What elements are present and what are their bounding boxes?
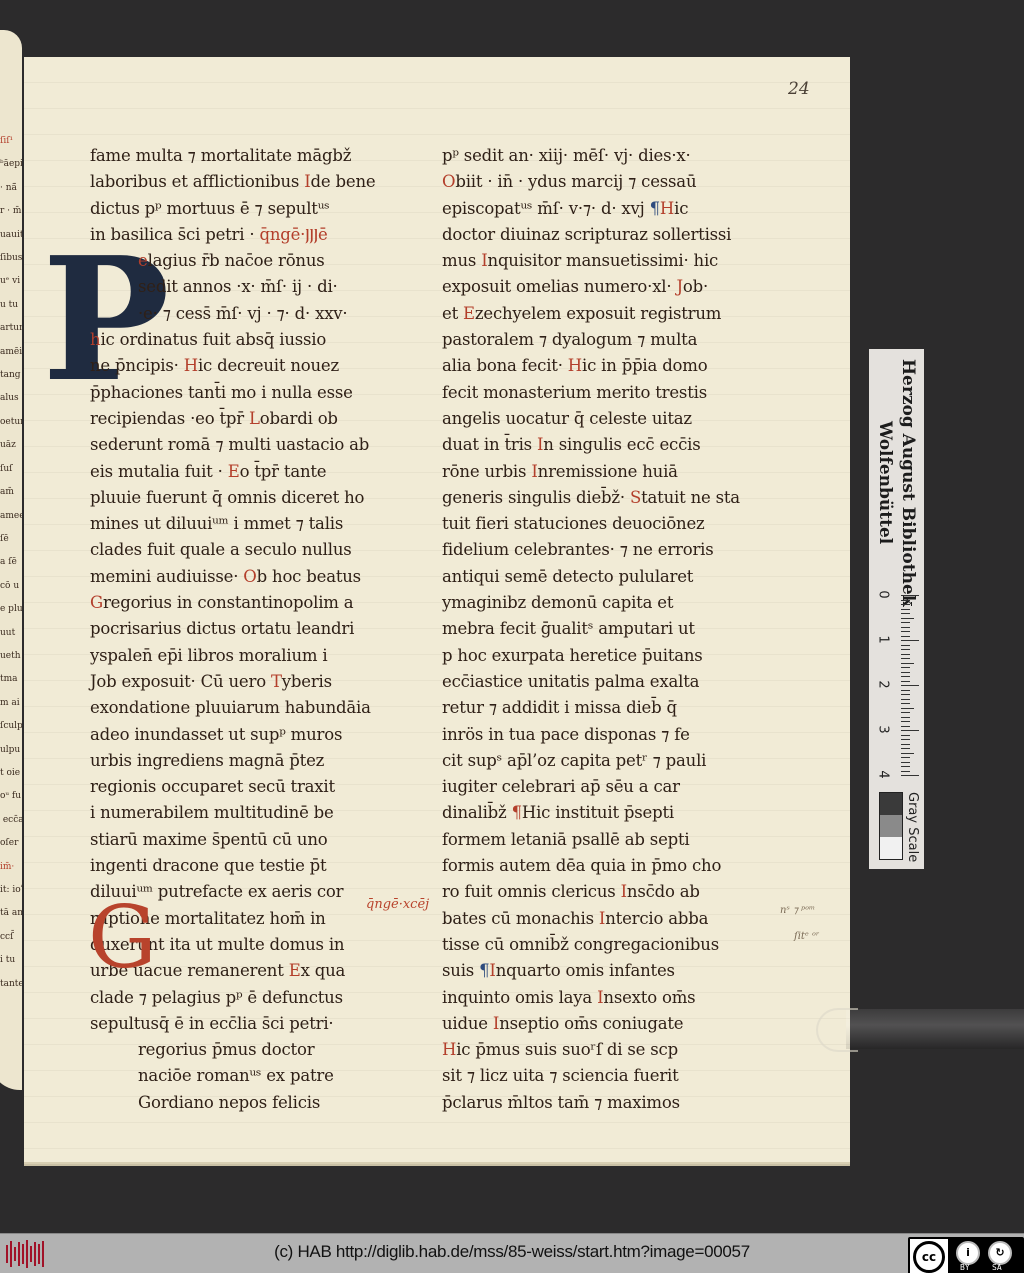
ruler-tick	[901, 658, 910, 659]
ruler-tick	[901, 618, 914, 619]
left-page-fragment: tang	[0, 364, 22, 387]
cc-icon: cc	[913, 1241, 945, 1273]
ruler-tick	[901, 690, 910, 691]
left-page-fragment: e plu	[0, 598, 22, 621]
ruler-tick	[901, 717, 910, 718]
manuscript-line: naciōe romanᵘˢ ex patre	[90, 1063, 390, 1089]
manuscript-line: uidue Inseptio om̄s coniugate	[442, 1011, 742, 1037]
manuscript-line: ecc̄iastice unitatis palma exalta	[442, 669, 742, 695]
manuscript-line: regionis occuparet secū traxit	[90, 774, 390, 800]
ruler-tick	[901, 604, 910, 605]
ruler-tick	[901, 703, 910, 704]
rubric-side-note: q̄ngē·xcēj	[366, 897, 429, 912]
manuscript-line: pluuie fuerunt q̄ omnis diceret ho	[90, 485, 390, 511]
ruler-tick	[901, 699, 910, 700]
manuscript-line: rōne urbis Inremissione huiā	[442, 459, 742, 485]
manuscript-line: mines ut diluuiᵘᵐ i mmet ⁊ talis	[90, 511, 390, 537]
manuscript-line: ·e· ⁊ cess̄ m̄ſ· vj · ⁊· d· xxv·	[90, 301, 390, 327]
ruler-title-library: Herzog August Bibliothek	[898, 359, 918, 607]
cc-by-sa-icon[interactable]: cc i ↻ BY SA	[908, 1237, 1024, 1273]
gray-scale-swatches	[879, 792, 903, 860]
left-page-fragment: oetur	[0, 411, 22, 434]
manuscript-line: alia bona fecit· Hic in p̄p̄ia domo	[442, 353, 742, 379]
ruler-tick	[901, 613, 910, 614]
gray-swatch	[880, 793, 902, 815]
manuscript-line: ingenti dracone que testie p̄t	[90, 853, 390, 879]
left-page-fragment: uᵉ vi	[0, 270, 22, 293]
manuscript-line: fidelium celebrantes· ⁊ ne erroris	[442, 537, 742, 563]
left-page-fragment: it: ioʹ	[0, 879, 22, 902]
manuscript-line: sit ⁊ licz uita ⁊ sciencia fuerit	[442, 1063, 742, 1089]
folio-number: 24	[788, 79, 810, 99]
manuscript-line: inrös in tua pace disponas ⁊ fe	[442, 722, 742, 748]
ruler-ticks: 01234	[901, 595, 919, 780]
manuscript-line: recipiendas ·eo t̄pr̄ Lobardi ob	[90, 406, 390, 432]
gray-swatch	[880, 837, 902, 859]
manuscript-line: cit supˢ ap̄l’oz capita petʳ ⁊ pauli	[442, 748, 742, 774]
left-page-fragment: ccſ̄	[0, 926, 22, 949]
ruler-tick	[901, 685, 919, 686]
ruler-tick	[901, 748, 910, 749]
left-page-fragment: cō u	[0, 575, 22, 598]
left-page-fragment: uāz	[0, 434, 22, 457]
manuscript-line: i numerabilem multitudinē be	[90, 800, 390, 826]
left-page-fragment: uauit	[0, 224, 22, 247]
margin-note-2: ſitᵉ ᵒʳ	[794, 931, 819, 942]
manuscript-line: exondatione pluuiarum habundāia	[90, 695, 390, 721]
ruler-tick	[901, 753, 914, 754]
ruler-tick	[901, 735, 910, 736]
manuscript-line: memini audiuisse· Ob hoc beatus	[90, 564, 390, 590]
manuscript-line: inquinto omis laya Insexto om̄s	[442, 985, 742, 1011]
ruler-tick	[901, 631, 910, 632]
left-page-fragment: tma	[0, 668, 22, 691]
left-page-fragment: ſculpt	[0, 715, 22, 738]
ruler-tick	[901, 681, 910, 682]
ruler-tick	[901, 676, 910, 677]
left-page-fragment: alus	[0, 387, 22, 410]
gray-swatch	[880, 815, 902, 837]
ruler-tick	[901, 730, 919, 731]
ruler-tick	[901, 775, 919, 776]
ruler-tick	[901, 771, 910, 772]
left-page-fragment: u tu	[0, 294, 22, 317]
manuscript-line: fecit monasterium merito trestis	[442, 380, 742, 406]
manuscript-line: Gordiano nepos felicis	[90, 1090, 390, 1116]
ruler-tick	[901, 636, 910, 637]
manuscript-line: sederunt romā ⁊ multi uastacio ab	[90, 432, 390, 458]
manuscript-line: clades fuit quale a seculo nullus	[90, 537, 390, 563]
ruler-tick	[901, 726, 910, 727]
ruler-tick	[901, 622, 910, 623]
ruler-tick	[901, 667, 910, 668]
ruler-tick	[901, 600, 910, 601]
manuscript-line: retur ⁊ addidit i missa dieb̄ q̄	[442, 695, 742, 721]
manuscript-line: formis autem dēa quia in p̄mo cho	[442, 853, 742, 879]
manuscript-line: dinalib̄ž ¶Hic instituit p̄septi	[442, 800, 742, 826]
left-page-fragment: amēi	[0, 341, 22, 364]
manuscript-line: yspalen̄ ep̄i libros moralium i	[90, 643, 390, 669]
left-page-fragment: r · m̄	[0, 200, 22, 223]
manuscript-line: Job exposuit· Cū uero Tyberis	[90, 669, 390, 695]
left-page-edge: ſiſ¹ᵇāepi· nā̄r · m̄uauitſibusuᵉ viu tua…	[0, 30, 22, 1090]
manuscript-line: laboribus et afflictionibus Ide bene	[90, 169, 390, 195]
left-page-fragment: ſibus	[0, 247, 22, 270]
ruler-tick	[901, 663, 914, 664]
manuscript-line: Obiit · in̄ · ydus marcij ⁊ cessaū	[442, 169, 742, 195]
manuscript-line: mebra fecit ḡualitˢ amputari ut	[442, 616, 742, 642]
left-page-fragment: amee	[0, 505, 22, 528]
manuscript-line: regorius p̄mus doctor	[90, 1037, 390, 1063]
by-label: BY	[960, 1263, 970, 1272]
manuscript-line: pastoralem ⁊ dyalogum ⁊ multa	[442, 327, 742, 353]
ruler-label: 1	[876, 634, 891, 646]
ruler-tick	[901, 757, 910, 758]
ruler-tick	[901, 712, 910, 713]
ruler-tick	[901, 672, 910, 673]
manuscript-page: 24 P fame multa ⁊ mortalitate māgbžlabor…	[24, 57, 850, 1162]
left-page-fragment: artum	[0, 317, 22, 340]
manuscript-line: p̄clarus m̄ltos tam̄ ⁊ maximos	[442, 1090, 742, 1116]
left-page-fragment: uut	[0, 622, 22, 645]
ruler-tick	[901, 744, 910, 745]
manuscript-line: p hoc exurpata heretice p̄uitans	[442, 643, 742, 669]
manuscript-line: sedit annos ·x· m̄ſ· ij · di·	[90, 274, 390, 300]
manuscript-line: adeo inundasset ut supᵖ muros	[90, 722, 390, 748]
ruler-tick	[901, 609, 910, 610]
manuscript-line: urbis ingrediens magnā p̄tez	[90, 748, 390, 774]
left-page-fragment: im̄·	[0, 856, 22, 879]
left-page-fragment: · nā̄	[0, 177, 22, 200]
left-page-fragment: ulpu	[0, 739, 22, 762]
manuscript-line: tuit fieri statuciones deuociōnez	[442, 511, 742, 537]
manuscript-line: tisse cū omnib̄ž congregacionibus	[442, 932, 742, 958]
manuscript-line: p̄phaciones tant̄i mo i nulla esse	[90, 380, 390, 406]
left-page-fragment: a ſē	[0, 551, 22, 574]
manuscript-line: elagius r̄b nac̄oe rōnus	[90, 248, 390, 274]
left-page-fragment: ueth	[0, 645, 22, 668]
left-page-fragment: i tu	[0, 949, 22, 972]
manuscript-line: mus Inquisitor mansuetissimi· hic	[442, 248, 742, 274]
manuscript-line: ne p̄ncipis· Hic decreuit nouez	[90, 353, 390, 379]
ruler-tick	[901, 649, 910, 650]
ruler-tick	[901, 694, 910, 695]
left-page-fragment: m ai	[0, 692, 22, 715]
ruler-tick	[901, 708, 914, 709]
manuscript-line: duat in t̄ris In singulis ecc̄ ecc̄is	[442, 432, 742, 458]
ruler-label: 0	[876, 589, 891, 601]
manuscript-line: pᵖ sedit an· xiij· mēſ· vj· dies·x·	[442, 143, 742, 169]
manuscript-line: stiarū maxime s̄pentū cū uno	[90, 827, 390, 853]
text-column-b: pᵖ sedit an· xiij· mēſ· vj· dies·x·Obiit…	[442, 143, 742, 1116]
credit-url-text[interactable]: (c) HAB http://diglib.hab.de/mss/85-weis…	[0, 1242, 1024, 1262]
manuscript-line: Hic p̄mus suis suoʳſ di se scp	[442, 1037, 742, 1063]
ruler-tick	[901, 654, 910, 655]
manuscript-line: fame multa ⁊ mortalitate māgbž	[90, 143, 390, 169]
manuscript-line: antiqui semē detecto pulularet	[442, 564, 742, 590]
left-page-fragment: oᵘ fu	[0, 785, 22, 808]
left-page-fragment: ̄ ecc̄a	[0, 809, 22, 832]
left-page-fragment: am̄	[0, 481, 22, 504]
ruler-tick	[901, 595, 919, 596]
manuscript-line: generis singulis dieb̄ž· Statuit ne sta	[442, 485, 742, 511]
margin-note-1: nˢ ⁊ ᵖᵒᵐ	[780, 905, 815, 916]
ruler-tick	[901, 766, 910, 767]
manuscript-line: iugiter celebrari ap̄ sēu a car	[442, 774, 742, 800]
ruler-label: 2	[876, 679, 891, 691]
left-page-fragment: oſer	[0, 832, 22, 855]
left-page-fragment: tā ani	[0, 902, 22, 925]
ruler-title-city: Wolfenbüttel	[875, 421, 895, 544]
manuscript-line: clade ⁊ pelagius pᵖ ē defunctus	[90, 985, 390, 1011]
ruler-tick	[901, 645, 910, 646]
manuscript-line: episcopatᵘˢ m̄ſ· v·⁊· d· xvj ¶Hic	[442, 196, 742, 222]
left-page-fragment: ſiſ¹	[0, 130, 22, 153]
share-alike-icon: ↻	[988, 1241, 1012, 1265]
manuscript-line: dictus pᵖ mortuus ē ⁊ sepultᵘˢ	[90, 196, 390, 222]
manuscript-line: in basilica s̄ci petri · q̄ngē·ⰬⰬⰬē	[90, 222, 390, 248]
manuscript-line: pocrisarius dictus ortatu leandri	[90, 616, 390, 642]
manuscript-line: ro fuit omnis clericus Insc̄do ab	[442, 879, 742, 905]
left-page-fragment: ſē	[0, 528, 22, 551]
color-scale-ruler: Herzog August Bibliothek Wolfenbüttel 01…	[869, 349, 924, 869]
decorated-initial-g: G	[88, 895, 157, 981]
ruler-label: 4	[876, 769, 891, 781]
left-page-fragment: ſuſ	[0, 458, 22, 481]
manuscript-line: et Ezechyelem exposuit registrum	[442, 301, 742, 327]
manuscript-line: eis mutalia fuit · Eo t̄pr̄ tante	[90, 459, 390, 485]
manuscript-line: doctor diuinaz scripturaz sollertissi	[442, 222, 742, 248]
manuscript-line: Gregorius in constantinopolim a	[90, 590, 390, 616]
left-page-fragment: tante	[0, 973, 22, 996]
left-page-text-fragments: ſiſ¹ᵇāepi· nā̄r · m̄uauitſibusuᵉ viu tua…	[0, 130, 22, 996]
manuscript-line: suis ¶Inquarto omis infantes	[442, 958, 742, 984]
left-page-fragment: ᵇāepi	[0, 153, 22, 176]
manuscript-line: hic ordinatus fuit absq̄ iussio	[90, 327, 390, 353]
manuscript-line: exposuit omelias numero·xl· Job·	[442, 274, 742, 300]
ruler-label: 3	[876, 724, 891, 736]
page-clip	[816, 1004, 1024, 1050]
manuscript-line: angelis uocatur q̄ celeste uitaz	[442, 406, 742, 432]
viewer-footer: (c) HAB http://diglib.hab.de/mss/85-weis…	[0, 1233, 1024, 1273]
ruler-tick	[901, 762, 910, 763]
ruler-tick	[901, 739, 910, 740]
attribution-icon: i	[956, 1241, 980, 1265]
manuscript-line: ymaginibz demonū capita et	[442, 590, 742, 616]
ruler-tick	[901, 721, 910, 722]
manuscript-line: sepultusq̄ ē in ecc̄lia s̄ci petri·	[90, 1011, 390, 1037]
ruler-tick	[901, 627, 910, 628]
ruler-tick	[901, 640, 919, 641]
gray-scale-label: Gray Scale	[905, 792, 920, 862]
manuscript-line: bates cū monachis Intercio abba	[442, 906, 742, 932]
sa-label: SA	[992, 1263, 1002, 1272]
left-page-fragment: t oie	[0, 762, 22, 785]
manuscript-line: formem letaniā psallē ab septi	[442, 827, 742, 853]
